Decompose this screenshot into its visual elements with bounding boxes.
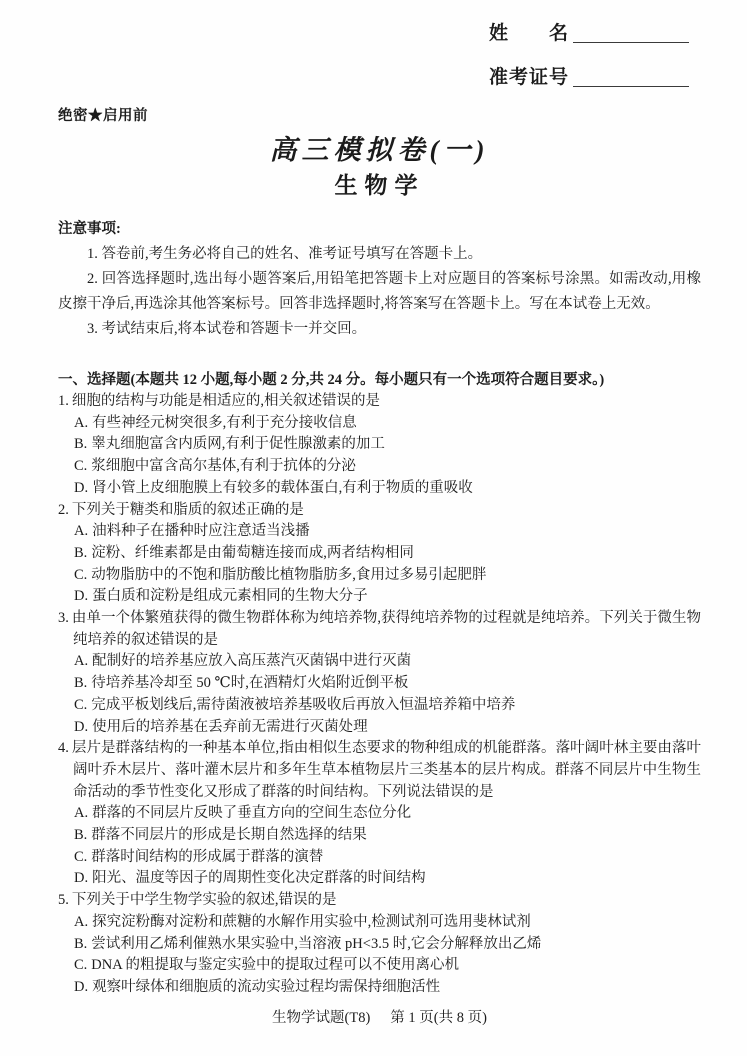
option-text: 配制好的培养基应放入高压蒸汽灭菌锅中进行灭菌 [92,653,411,669]
option-letter: A. [74,805,88,821]
option-letter: A. [74,653,88,669]
option-text: 使用后的培养基在丢弃前无需进行灭菌处理 [92,719,368,735]
option-letter: D. [74,979,88,995]
notice-item-3: 3. 考试结束后,将本试卷和答题卡一并交回。 [58,317,701,342]
question-stem: 5.下列关于中学生物学实验的叙述,错误的是 [58,890,701,912]
name-label: 姓 名 [489,24,569,43]
option-A: A.油料种子在播种时应注意适当浅播 [58,521,701,543]
option-text: 观察叶绿体和细胞质的流动实验过程均需保持细胞活性 [92,979,440,995]
option-text: DNA 的粗提取与鉴定实验中的提取过程可以不使用离心机 [91,957,459,973]
option-letter: C. [74,849,87,865]
option-letter: C. [74,957,87,973]
option-text: 浆细胞中富含高尔基体,有利于抗体的分泌 [91,458,356,474]
option-A: A.探究淀粉酶对淀粉和蔗糖的水解作用实验中,检测试剂可选用斐林试剂 [58,912,701,934]
name-underline [573,20,689,43]
section-heading: 一、选择题(本题共 12 小题,每小题 2 分,共 24 分。每小题只有一个选项… [58,369,701,391]
option-letter: B. [74,675,87,691]
exam-page: 姓 名 准考证号 绝密★启用前 高三模拟卷(一) 生物学 注意事项: 1. 答卷… [0,0,747,1056]
option-text: 蛋白质和淀粉是组成元素相同的生物大分子 [92,588,368,604]
question-1: 1.细胞的结构与功能是相适应的,相关叙述错误的是 A.有些神经元树突很多,有利于… [58,391,701,500]
option-text: 群落时间结构的形成属于群落的演替 [91,849,323,865]
option-D: D.使用后的培养基在丢弃前无需进行灭菌处理 [58,717,701,739]
footer-doc-label: 生物学试题(T8) [272,1010,370,1026]
option-text: 睾丸细胞富含内质网,有利于促性腺激素的加工 [91,436,385,452]
question-text: 下列关于中学生物学实验的叙述,错误的是 [72,892,337,908]
question-stem: 3.由单一个体繁殖获得的微生物群体称为纯培养物,获得纯培养物的过程就是纯培养。下… [58,608,701,651]
option-D: D.观察叶绿体和细胞质的流动实验过程均需保持细胞活性 [58,977,701,999]
option-letter: D. [74,870,88,886]
option-letter: A. [74,415,88,431]
option-A: A.有些神经元树突很多,有利于充分接收信息 [58,413,701,435]
option-letter: D. [74,480,88,496]
option-D: D.肾小管上皮细胞膜上有较多的载体蛋白,有利于物质的重吸收 [58,478,701,500]
option-letter: A. [74,523,88,539]
option-text: 尝试利用乙烯利催熟水果实验中,当溶液 pH<3.5 时,它会分解释放出乙烯 [91,936,541,952]
option-text: 待培养基冷却至 50 ℃时,在酒精灯火焰附近倒平板 [91,675,408,691]
question-text: 下列关于糖类和脂质的叙述正确的是 [72,502,304,518]
option-text: 油料种子在播种时应注意适当浅播 [92,523,310,539]
question-number: 5. [58,892,69,908]
option-B: B.尝试利用乙烯利催熟水果实验中,当溶液 pH<3.5 时,它会分解释放出乙烯 [58,934,701,956]
option-text: 群落的不同层片反映了垂直方向的空间生态位分化 [92,805,411,821]
option-text: 完成平板划线后,需待菌液被培养基吸收后再放入恒温培养箱中培养 [91,697,515,713]
question-number: 1. [58,393,69,409]
exam-title: 高三模拟卷(一) [58,133,701,167]
option-B: B.群落不同层片的形成是长期自然选择的结果 [58,825,701,847]
question-text: 由单一个体繁殖获得的微生物群体称为纯培养物,获得纯培养物的过程就是纯培养。下列关… [72,610,701,648]
security-marking: 绝密★启用前 [58,104,701,125]
question-stem: 1.细胞的结构与功能是相适应的,相关叙述错误的是 [58,391,701,413]
option-text: 肾小管上皮细胞膜上有较多的载体蛋白,有利于物质的重吸收 [92,480,473,496]
option-C: C.DNA 的粗提取与鉴定实验中的提取过程可以不使用离心机 [58,955,701,977]
option-B: B.睾丸细胞富含内质网,有利于促性腺激素的加工 [58,434,701,456]
option-D: D.阳光、温度等因子的周期性变化决定群落的时间结构 [58,868,701,890]
option-text: 有些神经元树突很多,有利于充分接收信息 [92,415,357,431]
notice-item-1: 1. 答卷前,考生务必将自己的姓名、准考证号填写在答题卡上。 [58,242,701,267]
footer-page-label: 第 1 页(共 8 页) [390,1010,487,1026]
question-3: 3.由单一个体繁殖获得的微生物群体称为纯培养物,获得纯培养物的过程就是纯培养。下… [58,608,701,738]
question-number: 2. [58,502,69,518]
option-text: 探究淀粉酶对淀粉和蔗糖的水解作用实验中,检测试剂可选用斐林试剂 [92,914,531,930]
option-C: C.群落时间结构的形成属于群落的演替 [58,847,701,869]
option-letter: A. [74,914,88,930]
question-5: 5.下列关于中学生物学实验的叙述,错误的是 A.探究淀粉酶对淀粉和蔗糖的水解作用… [58,890,701,999]
question-number: 4. [58,740,69,756]
option-letter: B. [74,545,87,561]
option-text: 阳光、温度等因子的周期性变化决定群落的时间结构 [92,870,426,886]
name-field: 姓 名 [489,16,689,43]
notices-heading: 注意事项: [58,217,701,242]
option-C: C.浆细胞中富含高尔基体,有利于抗体的分泌 [58,456,701,478]
notice-item-2: 2. 回答选择题时,选出每小题答案后,用铅笔把答题卡上对应题目的答案标号涂黑。如… [58,267,701,317]
question-text: 层片是群落结构的一种基本单位,指由相似生态要求的物种组成的机能群落。落叶阔叶林主… [72,740,701,799]
exam-no-underline [573,64,689,87]
option-letter: C. [74,697,87,713]
option-letter: D. [74,588,88,604]
option-letter: B. [74,936,87,952]
candidate-info: 姓 名 准考证号 [489,16,689,87]
subject-title: 生物学 [58,171,701,201]
question-text: 细胞的结构与功能是相适应的,相关叙述错误的是 [72,393,380,409]
option-letter: C. [74,567,87,583]
option-letter: B. [74,827,87,843]
option-C: C.完成平板划线后,需待菌液被培养基吸收后再放入恒温培养箱中培养 [58,695,701,717]
option-text: 群落不同层片的形成是长期自然选择的结果 [91,827,367,843]
exam-no-field: 准考证号 [489,60,689,87]
question-2: 2.下列关于糖类和脂质的叙述正确的是 A.油料种子在播种时应注意适当浅播 B.淀… [58,500,701,609]
option-letter: C. [74,458,87,474]
option-D: D.蛋白质和淀粉是组成元素相同的生物大分子 [58,586,701,608]
option-C: C.动物脂肪中的不饱和脂肪酸比植物脂肪多,食用过多易引起肥胖 [58,565,701,587]
page-footer: 生物学试题(T8)第 1 页(共 8 页) [58,1007,701,1029]
option-letter: B. [74,436,87,452]
exam-no-label: 准考证号 [489,68,569,87]
question-number: 3. [58,610,69,626]
question-4: 4.层片是群落结构的一种基本单位,指由相似生态要求的物种组成的机能群落。落叶阔叶… [58,738,701,890]
option-text: 淀粉、纤维素都是由葡萄糖连接而成,两者结构相同 [91,545,414,561]
question-stem: 2.下列关于糖类和脂质的叙述正确的是 [58,500,701,522]
question-stem: 4.层片是群落结构的一种基本单位,指由相似生态要求的物种组成的机能群落。落叶阔叶… [58,738,701,803]
notices-block: 注意事项: 1. 答卷前,考生务必将自己的姓名、准考证号填写在答题卡上。 2. … [58,217,701,342]
option-B: B.待培养基冷却至 50 ℃时,在酒精灯火焰附近倒平板 [58,673,701,695]
option-B: B.淀粉、纤维素都是由葡萄糖连接而成,两者结构相同 [58,543,701,565]
option-A: A.群落的不同层片反映了垂直方向的空间生态位分化 [58,803,701,825]
option-text: 动物脂肪中的不饱和脂肪酸比植物脂肪多,食用过多易引起肥胖 [91,567,486,583]
option-letter: D. [74,719,88,735]
option-A: A.配制好的培养基应放入高压蒸汽灭菌锅中进行灭菌 [58,651,701,673]
